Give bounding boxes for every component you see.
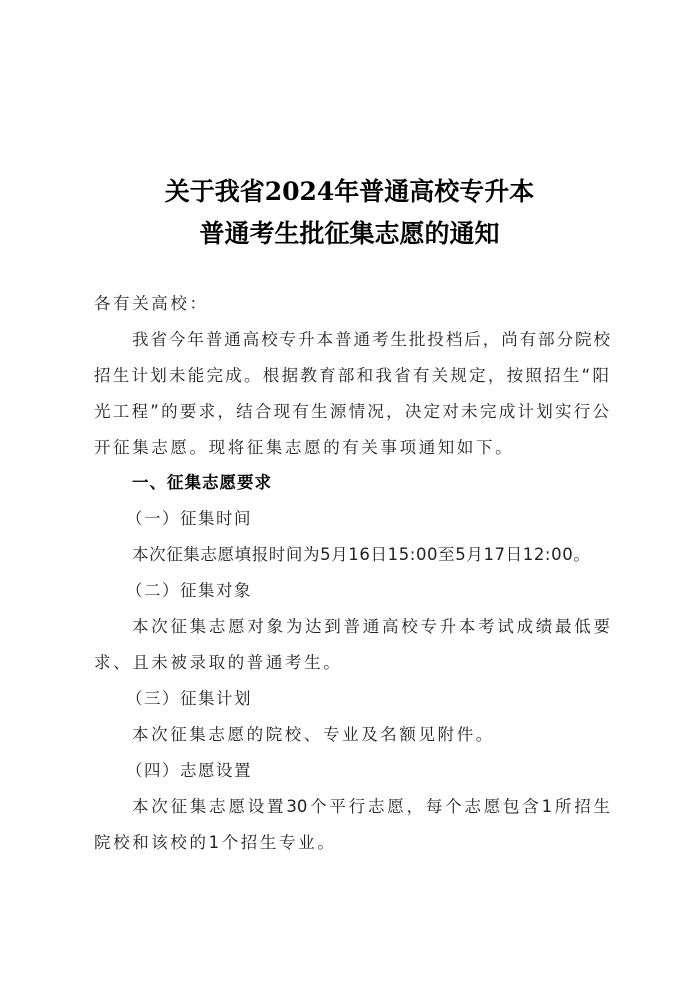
subsection-4-line-2: 院校和该校的1个招生专业。 (94, 829, 614, 853)
subsection-1-line-1: 本次征集志愿填报时间为5月16日15:00至5月17日12:00。 (132, 541, 652, 565)
subsection-2-line-1: 本次征集志愿对象为达到普通高校专升本考试成绩最低要 (132, 613, 610, 637)
salutation: 各有关高校： (94, 290, 614, 314)
document-title-line-1: 关于我省2024年普通高校专升本 (0, 172, 699, 208)
intro-line-2: 招生计划未能完成。根据教育部和我省有关规定，按照招生“阳 (94, 362, 609, 386)
document-title-line-2: 普通考生批征集志愿的通知 (0, 214, 699, 250)
subsection-4-line-1: 本次征集志愿设置30个平行志愿，每个志愿包含1所招生 (132, 793, 610, 817)
intro-line-3: 光工程”的要求，结合现有生源情况，决定对未完成计划实行公 (94, 398, 609, 422)
document-page: 关于我省2024年普通高校专升本 普通考生批征集志愿的通知 各有关高校： 我省今… (0, 0, 699, 988)
subsection-2-line-2: 求、且未被录取的普通考生。 (94, 649, 614, 673)
subsection-heading-3: （三）征集计划 (126, 685, 646, 709)
section-heading-1: 一、征集志愿要求 (132, 469, 652, 493)
intro-line-1: 我省今年普通高校专升本普通考生批投档后，尚有部分院校 (132, 326, 610, 350)
subsection-heading-2: （二）征集对象 (126, 577, 646, 601)
subsection-3-line-1: 本次征集志愿的院校、专业及名额见附件。 (132, 721, 652, 745)
subsection-heading-4: （四）志愿设置 (126, 757, 646, 781)
intro-line-4: 开征集志愿。现将征集志愿的有关事项通知如下。 (94, 434, 614, 458)
subsection-heading-1: （一）征集时间 (126, 505, 646, 529)
